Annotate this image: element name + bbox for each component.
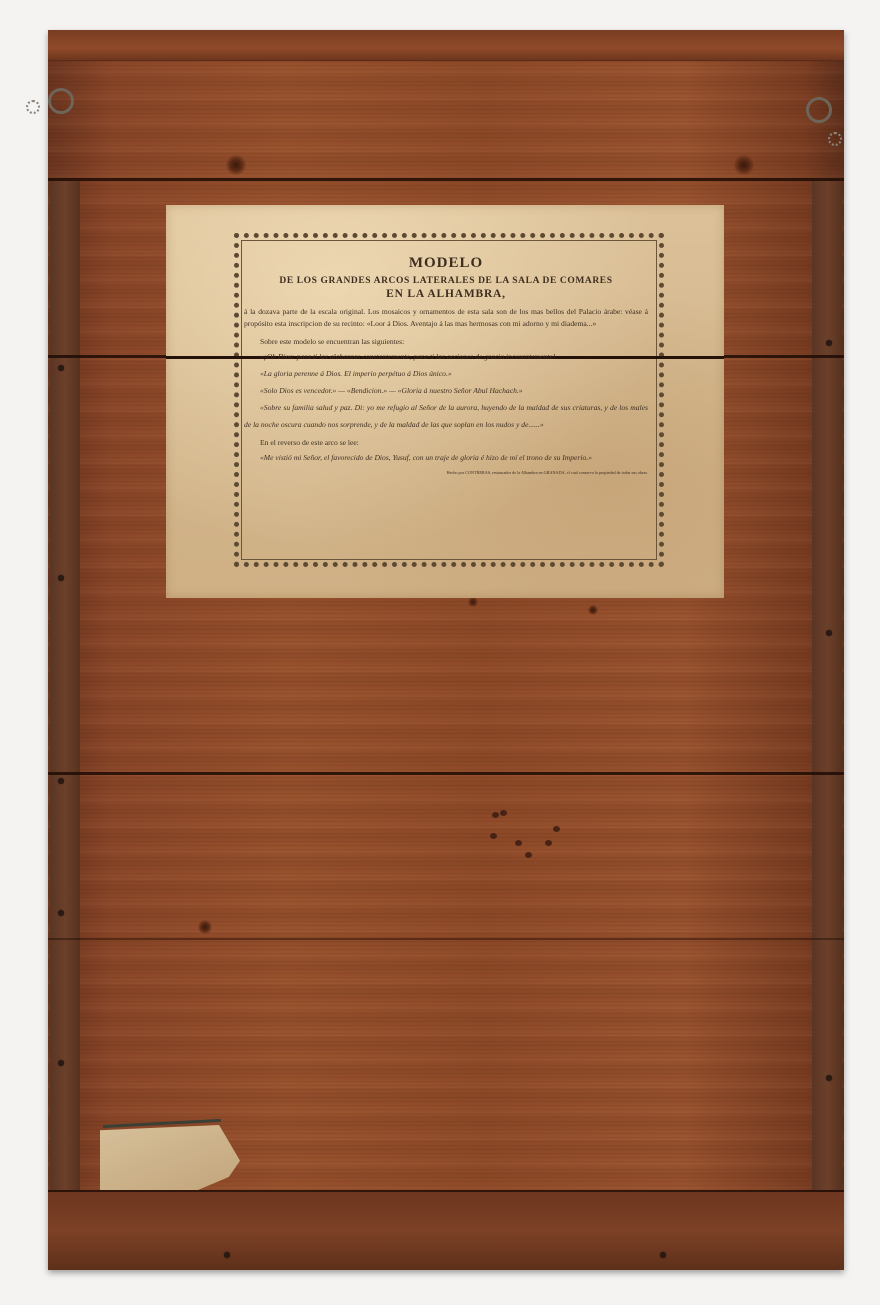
nail-head: [826, 630, 832, 636]
label-intro: Sobre este modelo se encuentran las sigu…: [244, 336, 648, 348]
nail-head: [660, 1252, 666, 1258]
wood-knot: [588, 605, 598, 615]
dark-stain: [490, 833, 497, 839]
nail-head: [58, 365, 64, 371]
inscription-3: «Solo Dios es vencedor.» — «Bendicion.» …: [244, 382, 648, 399]
label-text-block: MODELO DE LOS GRANDES ARCOS LATERALES DE…: [244, 255, 648, 479]
right-stile: [812, 180, 842, 1190]
left-stile: [50, 180, 80, 1190]
printed-label: MODELO DE LOS GRANDES ARCOS LATERALES DE…: [166, 205, 724, 598]
dark-stain: [492, 812, 499, 818]
dark-stain: [515, 840, 522, 846]
label-paragraph: á la dozava parte de la escala original.…: [244, 306, 648, 330]
label-subtitle-location: EN LA ALHAMBRA,: [244, 288, 648, 300]
inscription-1: «¡Oh Dios: para ti las alabanzas constan…: [244, 348, 648, 365]
wood-knot: [734, 155, 754, 175]
wood-knot: [198, 920, 212, 934]
inscription-2: «La gloria perenne á Dios. El imperio pe…: [244, 365, 648, 382]
wood-knot: [468, 597, 478, 607]
wire-coil-icon: [26, 100, 40, 114]
dark-stain: [500, 810, 507, 816]
nail-head: [58, 575, 64, 581]
label-subtitle: DE LOS GRANDES ARCOS LATERALES DE LA SAL…: [244, 276, 648, 286]
plank-seam: [48, 178, 844, 181]
dark-stain: [525, 852, 532, 858]
nail-head: [58, 1060, 64, 1066]
nail-head: [826, 1075, 832, 1081]
reverse-inscription: «Me vistió mi Señor, el favorecido de Di…: [244, 449, 648, 466]
ring-hanger-icon: [48, 88, 74, 114]
dark-stain: [545, 840, 552, 846]
wire-coil-icon: [828, 132, 842, 146]
nail-head: [224, 1252, 230, 1258]
bottom-rail: [48, 1192, 844, 1270]
nail-head: [58, 910, 64, 916]
top-rail: [48, 30, 844, 61]
inscription-4: «Sobre su familia salud y paz. Di: yo me…: [244, 399, 648, 433]
plank-seam: [48, 938, 844, 940]
label-title: MODELO: [244, 255, 648, 272]
torn-paper-remnant: [100, 1125, 240, 1190]
plank-seam: [48, 772, 844, 775]
wood-knot: [226, 155, 246, 175]
reverse-intro: En el reverso de este arco se lee:: [244, 437, 648, 449]
maker-imprint: Hecho por CONTRERAS, restaurador de la A…: [244, 470, 648, 475]
dark-stain: [553, 826, 560, 832]
nail-head: [58, 778, 64, 784]
nail-head: [826, 340, 832, 346]
ring-hanger-icon: [806, 97, 832, 123]
